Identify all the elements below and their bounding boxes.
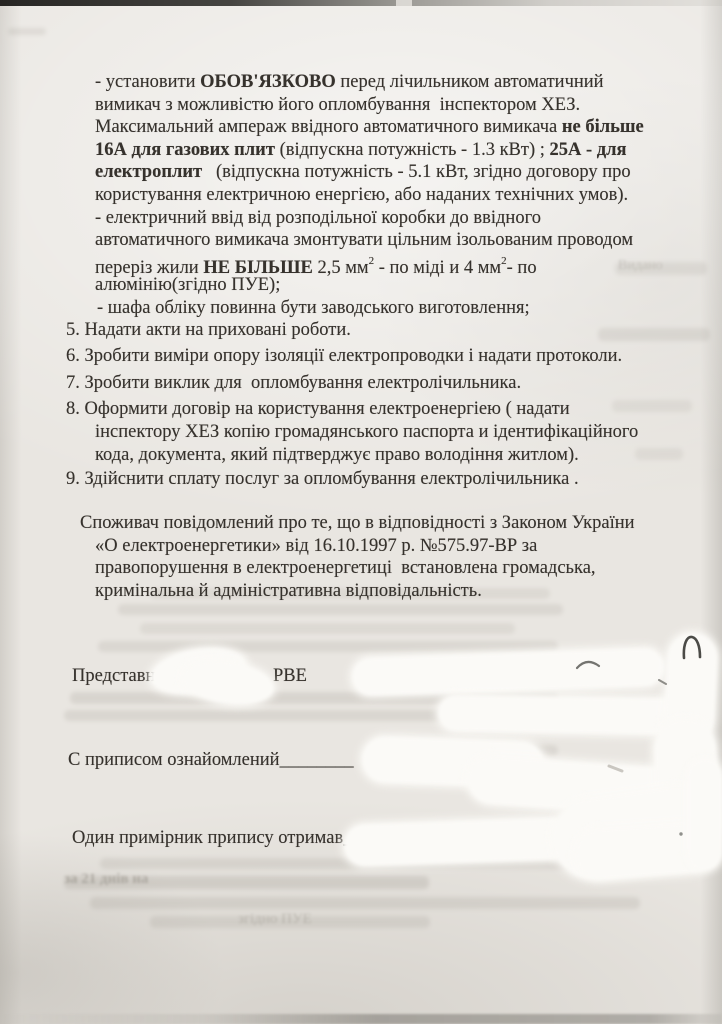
scanned-paper-page: за 21 днів на згідно ПУЕ Видано - устано… [0, 0, 722, 1024]
list-item: 5. Надати акти на приховані роботи. [66, 319, 351, 342]
notice-line: правопорушення в електроенергетиці встан… [95, 557, 596, 580]
scan-bottom-shadow [0, 1014, 722, 1024]
list-item: 8. Оформити договір на користування елек… [66, 398, 570, 421]
scan-top-edge-gap [396, 0, 412, 6]
list-item: 9. Здійснити сплату послуг за опломбуван… [66, 468, 579, 491]
whiteout-stroke [351, 648, 664, 697]
bleedthrough-fragment: Видано [618, 258, 663, 274]
requirement-line: вимикач з можливістю його опломбування і… [95, 94, 580, 117]
requirement-line: Максимальний ампераж ввідного автоматичн… [95, 116, 644, 139]
whiteout-stroke [343, 817, 572, 867]
bleedthrough-line [598, 328, 710, 341]
list-item: інспектору ХЕЗ копію громадянського пасп… [95, 421, 638, 444]
pen-tick-mark [659, 680, 666, 684]
whiteout-mass [688, 760, 722, 870]
bleedthrough-line [635, 448, 683, 460]
bleedthrough-fragment: за 21 днів на [64, 871, 148, 888]
bleedthrough-line [140, 623, 515, 634]
bleedthrough-line [612, 400, 692, 412]
top-left-scribble [8, 28, 46, 35]
requirement-line: алюмінію(згідно ПУЕ); [95, 274, 280, 297]
bleedthrough-fragment: згідно ПУЕ [238, 911, 312, 928]
requirement-line: автоматичного вимикача змонтувати цільни… [95, 229, 633, 252]
list-item: кода, документа, який підтверджує право … [95, 444, 579, 467]
notice-line: кримінальна й адміністративна відповідал… [95, 580, 482, 603]
bleedthrough-line [90, 897, 640, 909]
representative-org: РВЕ [273, 665, 307, 688]
scan-top-edge [0, 0, 722, 6]
requirement-line: - електричний ввід від розподільної коро… [95, 207, 541, 230]
acknowledged-line: С приписом ознайомлений________ [68, 749, 354, 772]
requirement-line: електроплит (відпускна потужність - 5.1 … [95, 161, 631, 184]
requirement-line: - шафа обліку повинна бути заводського в… [97, 297, 530, 320]
requirement-line: - установити ОБОВ'ЯЗКОВО перед лічильник… [95, 71, 604, 94]
bleedthrough-line [118, 604, 563, 615]
requirement-line: 16А для газових плит (відпускна потужніс… [95, 139, 627, 162]
notice-line: Споживач повідомлений про те, що в відпо… [80, 512, 635, 535]
requirement-line: користування електричною енергією, або н… [95, 184, 628, 207]
notice-line: «О електроенергетики» від 16.10.1997 р. … [95, 535, 537, 558]
list-item: 7. Зробити виклик для опломбування елект… [66, 372, 521, 395]
list-item: 6. Зробити виміри опору ізоляції електро… [66, 345, 622, 368]
bleedthrough-line [98, 641, 558, 652]
